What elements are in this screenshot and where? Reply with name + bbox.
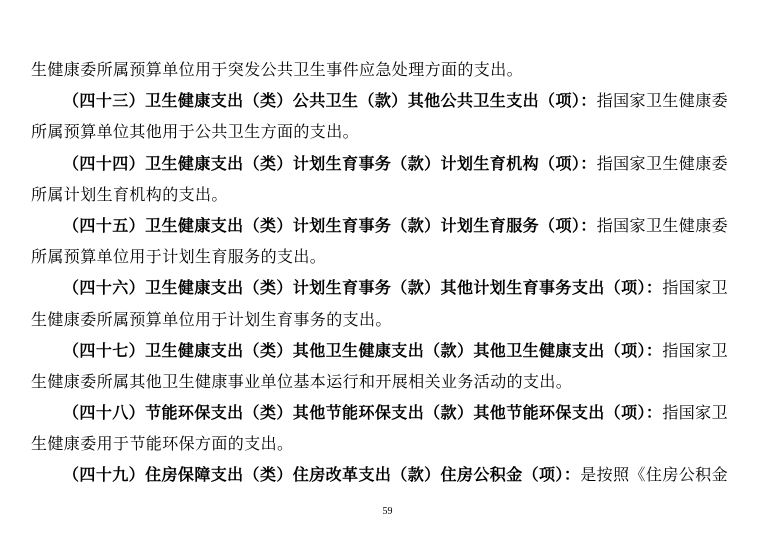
text-line: 生健康委所属预算单位用于计划生育事务的支出。	[31, 305, 728, 336]
clause-text: 指国家卫	[662, 405, 728, 422]
clause-text: 所属预算单位其他用于公共卫生方面的支出。	[31, 124, 359, 141]
clause-text: 所属计划生育机构的支出。	[31, 187, 228, 204]
clause-text: 指国家卫	[662, 280, 728, 297]
clause-heading: （四十九）住房保障支出（类）住房改革支出（款）住房公积金（项）：	[63, 467, 580, 484]
clause-text: 生健康委用于节能环保方面的支出。	[31, 436, 293, 453]
text-line: （四十三）卫生健康支出（类）公共卫生（款）其他公共卫生支出（项）：指国家卫生健康…	[31, 86, 728, 117]
clause-text: 指国家卫	[662, 343, 728, 360]
text-line: （四十七）卫生健康支出（类）其他卫生健康支出（款）其他卫生健康支出（项）：指国家…	[31, 336, 728, 367]
clause-text: 生健康委所属预算单位用于计划生育事务的支出。	[31, 312, 392, 329]
clause-heading: （四十五）卫生健康支出（类）计划生育事务（款）计划生育服务（项）：	[63, 218, 597, 235]
text-line: （四十八）节能环保支出（类）其他节能环保支出（款）其他节能环保支出（项）：指国家…	[31, 398, 728, 429]
text-line: （四十九）住房保障支出（类）住房改革支出（款）住房公积金（项）：是按照《住房公积…	[31, 460, 728, 491]
clause-heading: （四十三）卫生健康支出（类）公共卫生（款）其他公共卫生支出（项）：	[63, 93, 597, 110]
text-line: （四十六）卫生健康支出（类）计划生育事务（款）其他计划生育事务支出（项）：指国家…	[31, 273, 728, 304]
clause-heading: （四十四）卫生健康支出（类）计划生育事务（款）计划生育机构（项）：	[63, 156, 597, 173]
clause-heading: （四十七）卫生健康支出（类）其他卫生健康支出（款）其他卫生健康支出（项）：	[63, 343, 662, 360]
text-line: （四十四）卫生健康支出（类）计划生育事务（款）计划生育机构（项）：指国家卫生健康…	[31, 149, 728, 180]
text-line: 生健康委用于节能环保方面的支出。	[31, 429, 728, 460]
document-page: 生健康委所属预算单位用于突发公共卫生事件应急处理方面的支出。 （四十三）卫生健康…	[0, 0, 759, 554]
text-line: 生健康委所属其他卫生健康事业单位基本运行和开展相关业务活动的支出。	[31, 367, 728, 398]
clause-text: 生健康委所属预算单位用于突发公共卫生事件应急处理方面的支出。	[31, 62, 523, 79]
clause-text: 指国家卫生健康委	[597, 218, 728, 235]
text-line: 所属预算单位其他用于公共卫生方面的支出。	[31, 117, 728, 148]
text-line: 生健康委所属预算单位用于突发公共卫生事件应急处理方面的支出。	[31, 55, 728, 86]
clause-text: 指国家卫生健康委	[597, 156, 728, 173]
clause-text: 所属预算单位用于计划生育服务的支出。	[31, 249, 326, 266]
text-line: （四十五）卫生健康支出（类）计划生育事务（款）计划生育服务（项）：指国家卫生健康…	[31, 211, 728, 242]
document-body-text: 生健康委所属预算单位用于突发公共卫生事件应急处理方面的支出。 （四十三）卫生健康…	[31, 55, 728, 492]
clause-heading: （四十六）卫生健康支出（类）计划生育事务（款）其他计划生育事务支出（项）：	[63, 280, 662, 297]
page-number: 59	[8, 506, 759, 518]
clause-text: 指国家卫生健康委	[597, 93, 728, 110]
text-line: 所属预算单位用于计划生育服务的支出。	[31, 242, 728, 273]
clause-heading: （四十八）节能环保支出（类）其他节能环保支出（款）其他节能环保支出（项）：	[63, 405, 662, 422]
text-line: 所属计划生育机构的支出。	[31, 180, 728, 211]
clause-text: 生健康委所属其他卫生健康事业单位基本运行和开展相关业务活动的支出。	[31, 374, 572, 391]
